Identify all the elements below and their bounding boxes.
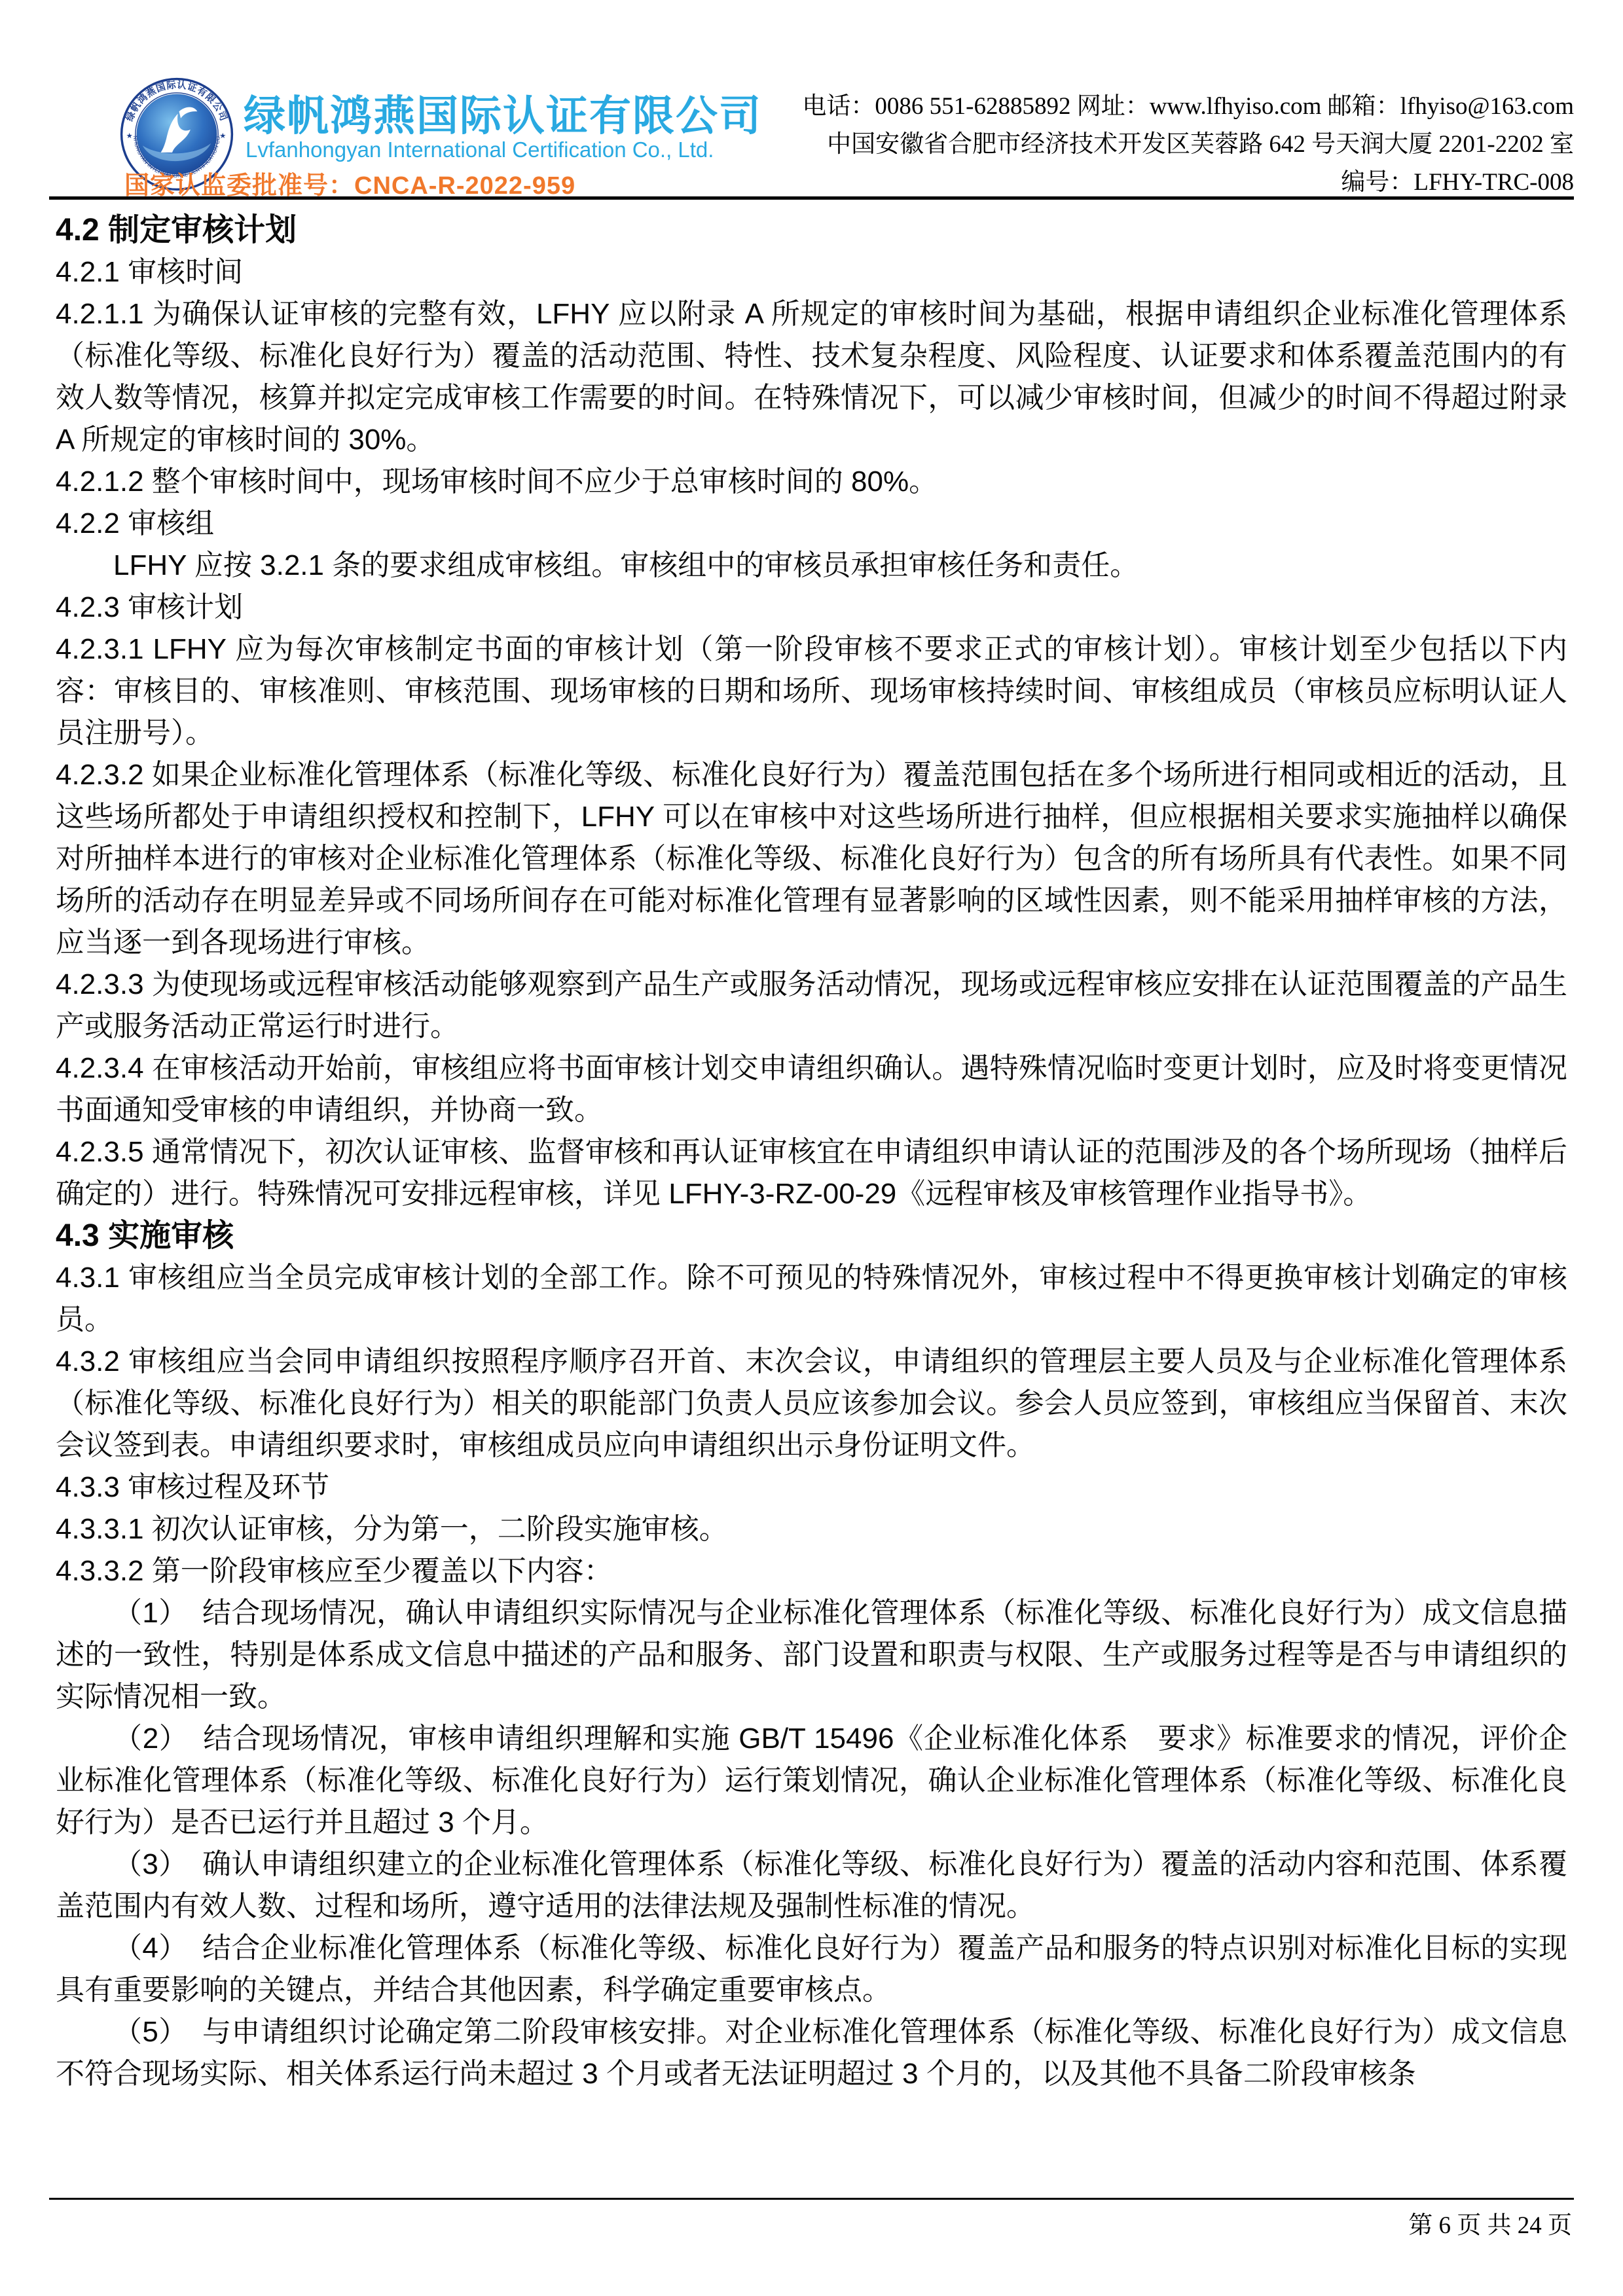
- sub-heading: 4.3.3 审核过程及环节: [56, 1467, 1567, 1508]
- clause-paragraph: 4.2.3.3 为使现场或远程审核活动能够观察到产品生产或服务活动情况，现场或远…: [56, 964, 1567, 1048]
- clause-paragraph: 4.3.2 审核组应当会同申请组织按照程序顺序召开首、末次会议，申请组织的管理层…: [56, 1341, 1567, 1467]
- sub-heading: 4.2.1 审核时间: [56, 251, 1567, 293]
- section-heading: 4.3 实施审核: [56, 1215, 1567, 1257]
- logo-star-left: ★: [126, 132, 133, 140]
- clause-paragraph: 4.2.3.2 如果企业标准化管理体系（标准化等级、标准化良好行为）覆盖范围包括…: [56, 754, 1567, 964]
- clause-paragraph: 4.2.3.1 LFHY 应为每次审核制定书面的审核计划（第一阶段审核不要求正式…: [56, 629, 1567, 754]
- clause-paragraph: 4.3.1 审核组应当全员完成审核计划的全部工作。除不可预见的特殊情况外，审核过…: [56, 1257, 1567, 1341]
- section-heading: 4.2 制定审核计划: [56, 210, 1567, 251]
- clause-paragraph: 4.2.1.1 为确保认证审核的完整有效，LFHY 应以附录 A 所规定的审核时…: [56, 293, 1567, 461]
- address-line: 中国安徽省合肥市经济技术开发区芙蓉路 642 号天润大厦 2201-2202 室: [802, 126, 1574, 164]
- company-name-en: Lvfanhongyan International Certification…: [246, 137, 714, 162]
- clause-paragraph: （2） 结合现场情况，审核申请组织理解和实施 GB/T 15496《企业标准化体…: [56, 1718, 1567, 1844]
- clause-paragraph: 4.2.1.2 整个审核时间中，现场审核时间不应少于总审核时间的 80%。: [56, 461, 1567, 503]
- clause-paragraph: LFHY 应按 3.2.1 条的要求组成审核组。审核组中的审核员承担审核任务和责…: [56, 545, 1567, 587]
- contact-line: 电话：0086 551-62885892 网址：www.lfhyiso.com …: [802, 88, 1574, 126]
- clause-paragraph: 4.2.3.4 在审核活动开始前，审核组应将书面审核计划交申请组织确认。遇特殊情…: [56, 1048, 1567, 1131]
- header-contact-block: 电话：0086 551-62885892 网址：www.lfhyiso.com …: [802, 88, 1574, 202]
- clause-paragraph: 4.2.3.5 通常情况下，初次认证审核、监督审核和再认证审核宜在申请组织申请认…: [56, 1131, 1567, 1215]
- clause-paragraph: （4） 结合企业标准化管理体系（标准化等级、标准化良好行为）覆盖产品和服务的特点…: [56, 1927, 1567, 2011]
- logo-star-right: ★: [219, 132, 226, 140]
- sub-heading: 4.2.2 审核组: [56, 503, 1567, 545]
- page-header: 绿帆鸿燕国际认证有限公司 LVFANHONGYAN INTERNATIONAL …: [0, 0, 1623, 208]
- document-page: 绿帆鸿燕国际认证有限公司 LVFANHONGYAN INTERNATIONAL …: [0, 0, 1623, 2296]
- sub-heading: 4.2.3 审核计划: [56, 587, 1567, 629]
- clause-paragraph: 4.3.3.2 第一阶段审核应至少覆盖以下内容：: [56, 1550, 1567, 1592]
- approval-number: 国家认监委批准号：CNCA-R-2022-959: [124, 165, 575, 201]
- footer-divider: [49, 2198, 1574, 2200]
- header-divider: [49, 196, 1574, 200]
- clause-paragraph: （3） 确认申请组织建立的企业标准化管理体系（标准化等级、标准化良好行为）覆盖的…: [56, 1844, 1567, 1927]
- page-number: 第 6 页 共 24 页: [1408, 2205, 1572, 2240]
- document-body: 4.2 制定审核计划4.2.1 审核时间4.2.1.1 为确保认证审核的完整有效…: [56, 210, 1567, 2193]
- company-name-cn: 绿帆鸿燕国际认证有限公司: [244, 82, 762, 143]
- clause-paragraph: （1） 结合现场情况，确认申请组织实际情况与企业标准化管理体系（标准化等级、标准…: [56, 1592, 1567, 1718]
- clause-paragraph: 4.3.3.1 初次认证审核，分为第一，二阶段实施审核。: [56, 1508, 1567, 1550]
- clause-paragraph: （5） 与申请组织讨论确定第二阶段审核安排。对企业标准化管理体系（标准化等级、标…: [56, 2011, 1567, 2095]
